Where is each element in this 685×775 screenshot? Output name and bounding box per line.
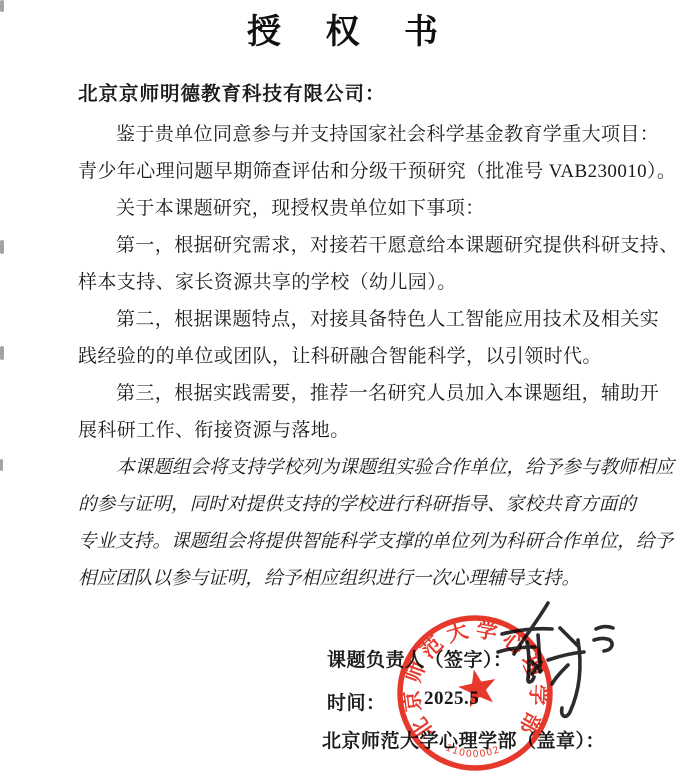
scan-noise-mark <box>0 240 4 254</box>
authorization-letter-page: 授 权 书 北京京师明德教育科技有限公司： 鉴于贵单位同意参与并支持国家社会科学… <box>0 0 685 775</box>
body-line: 践经验的的单位或团队，让科研融合智能科学，以引领时代。 <box>78 338 643 375</box>
scan-noise-mark <box>0 0 4 12</box>
body-line: 鉴于贵单位同意参与并支持国家社会科学基金教育学重大项目： <box>78 116 643 153</box>
seal-serial-number: 11000002 <box>444 742 503 760</box>
body-line: 样本支持、家长资源共享的学校（幼儿园）。 <box>78 264 643 301</box>
document-body: 鉴于贵单位同意参与并支持国家社会科学基金教育学重大项目： 青少年心理问题早期筛查… <box>78 116 643 597</box>
body-line: 青少年心理问题早期筛查评估和分级干预研究（批准号 VAB230010）。 <box>78 153 643 190</box>
recipient-line: 北京京师明德教育科技有限公司： <box>78 78 638 106</box>
body-line: 展科研工作、衔接资源与落地。 <box>78 412 643 449</box>
body-line: 本课题组会将支持学校列为课题组实验合作单位，给予参与教师相应 <box>78 449 643 486</box>
svg-text:11000002: 11000002 <box>444 742 503 760</box>
scan-noise-mark <box>0 459 3 471</box>
body-line: 第三，根据实践需要，推荐一名研究人员加入本课题组，辅助开 <box>78 375 643 412</box>
handwritten-signature <box>490 595 685 735</box>
body-line: 第二，根据课题特点，对接具备特色人工智能应用技术及相关实 <box>78 301 643 338</box>
body-line: 相应团队以参与证明，给予相应组织进行一次心理辅导支持。 <box>78 560 643 597</box>
scan-noise-mark <box>0 346 4 360</box>
date-label: 时间： <box>327 688 386 715</box>
body-line: 关于本课题研究，现授权贵单位如下事项： <box>78 190 643 227</box>
body-line: 的参与证明，同时对提供支持的学校进行科研指导、家校共育方面的 <box>78 486 643 523</box>
document-title: 授 权 书 <box>0 4 685 53</box>
body-line: 第一，根据研究需求，对接若干愿意给本课题研究提供科研支持、 <box>78 227 643 264</box>
body-line: 专业支持。课题组会将提供智能科学支撑的单位列为科研合作单位，给予 <box>78 523 643 560</box>
